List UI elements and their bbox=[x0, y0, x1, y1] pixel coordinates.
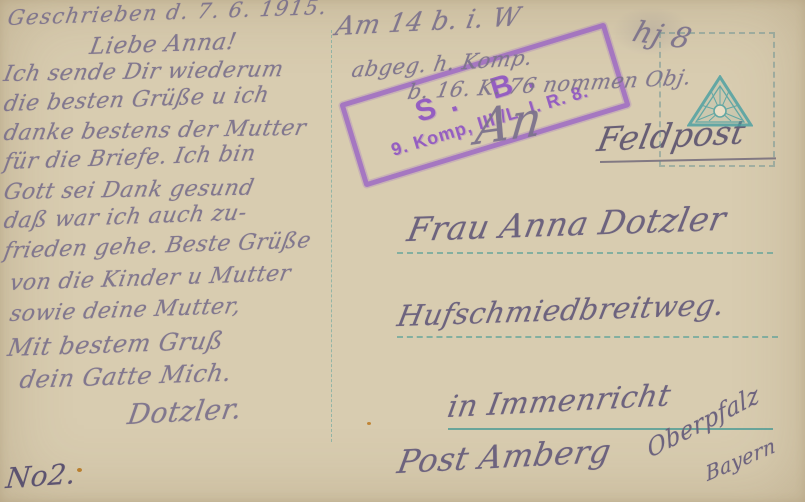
message-line: frieden gehe. Beste Grüße bbox=[2, 228, 313, 264]
address-dotted-line-1 bbox=[397, 252, 773, 254]
message-line: sowie deine Mutter, bbox=[8, 294, 243, 327]
address-dotted-line-2 bbox=[397, 336, 778, 338]
address-name-line: Frau Anna Dotzler bbox=[404, 199, 729, 249]
recipient-an: An bbox=[473, 90, 545, 157]
signature-line: Dotzler. bbox=[125, 392, 244, 431]
divider-line bbox=[331, 30, 332, 442]
message-line: Ich sende Dir wiederum bbox=[2, 57, 286, 87]
salutation-line: Liebe Anna! bbox=[88, 29, 239, 60]
message-line: danke bestens der Mutter bbox=[2, 116, 309, 146]
address-post-line: Post Amberg bbox=[395, 432, 615, 482]
closing-line: Mit bestem Gruß bbox=[6, 326, 226, 362]
pencil-scribble-top: Am 14 b. i. W bbox=[333, 2, 523, 42]
date-line: Geschrieben d. 7. 6. 1915. bbox=[6, 0, 330, 30]
signature-line: dein Gatte Mich. bbox=[18, 359, 235, 395]
postcard-scan: Geschrieben d. 7. 6. 1915. Liebe Anna! I… bbox=[0, 0, 805, 502]
message-line: für die Briefe. Ich bin bbox=[2, 141, 258, 175]
stain-speck bbox=[367, 422, 371, 425]
stain-speck bbox=[77, 468, 82, 472]
address-village-line: in Immenricht bbox=[445, 378, 674, 425]
message-line: von die Kinder u Mutter bbox=[8, 261, 293, 296]
message-line: daß war ich auch zu- bbox=[2, 200, 249, 234]
card-number: No2. bbox=[4, 457, 77, 495]
address-region-2: Bayern bbox=[704, 432, 778, 486]
address-street-line: Hufschmiedbreitweg. bbox=[395, 287, 728, 333]
message-line: die besten Grüße u ich bbox=[2, 83, 271, 117]
censor-triangle-stamp-icon bbox=[687, 75, 753, 129]
address-underline bbox=[448, 428, 773, 430]
